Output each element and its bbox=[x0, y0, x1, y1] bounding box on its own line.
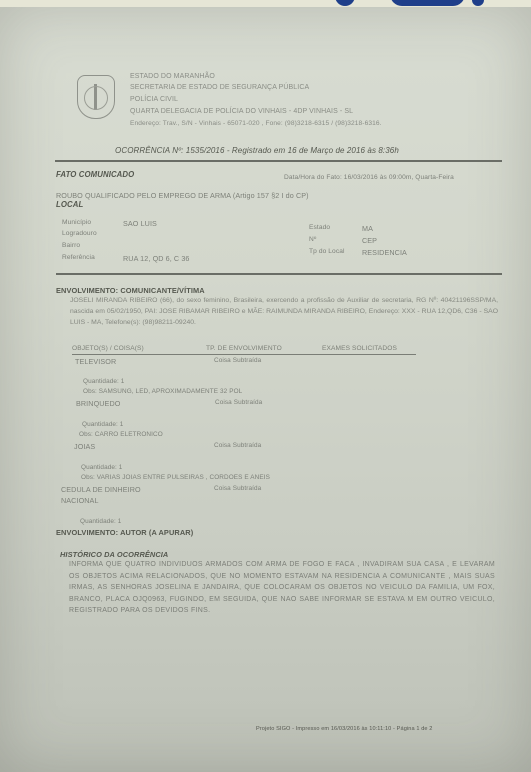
object-type: Coisa Subtraída bbox=[215, 399, 262, 406]
background-fabric-pattern bbox=[390, 0, 465, 6]
local-value-municipio: SAO LUIS bbox=[123, 219, 157, 228]
historico-heading: HISTÓRICO DA OCORRÊNCIA bbox=[60, 550, 168, 559]
local-label-logradouro: Logradouro bbox=[62, 230, 97, 237]
header-state: ESTADO DO MARANHÃO bbox=[130, 73, 215, 80]
local-label-municipio: Município bbox=[62, 219, 91, 226]
local-label-bairro: Bairro bbox=[62, 242, 80, 249]
object-obs: Obs: CARRO ELETRONICO bbox=[79, 431, 163, 438]
object-obs: Obs: SAMSUNG, LED, APROXIMADAMENTE 32 PO… bbox=[83, 388, 242, 395]
object-quantity: Quantidade: 1 bbox=[82, 421, 123, 428]
object-obs: Obs: VARIAS JOIAS ENTRE PULSEIRAS , CORD… bbox=[81, 474, 270, 481]
local-value-cep: CEP bbox=[362, 236, 377, 245]
header-police: POLÍCIA CIVIL bbox=[130, 96, 178, 103]
local-heading: LOCAL bbox=[56, 200, 83, 209]
object-name: BRINQUEDO bbox=[76, 399, 120, 408]
local-label-referencia: Referência bbox=[62, 254, 95, 261]
police-badge-icon bbox=[77, 75, 115, 119]
object-name: JOIAS bbox=[74, 442, 95, 451]
col-header-exames: EXAMES SOLICITADOS bbox=[322, 345, 397, 352]
historico-text: INFORMA QUE QUATRO INDIVIDUOS ARMADOS CO… bbox=[69, 559, 495, 617]
object-type: Coisa Subtraída bbox=[214, 485, 261, 492]
page-footer: Projeto SIGO - Impresso em 16/03/2016 às… bbox=[256, 726, 432, 732]
occurrence-title: OCORRÊNCIA Nº: 1535/2016 - Registrado em… bbox=[115, 146, 399, 155]
object-quantity: Quantidade: 1 bbox=[83, 378, 124, 385]
divider bbox=[55, 160, 502, 162]
header-delegacy: QUARTA DELEGACIA DE POLÍCIA DO VINHAIS -… bbox=[130, 108, 353, 115]
object-quantity: Quantidade: 1 bbox=[81, 464, 122, 471]
object-name: CEDULA DE DINHEIRO bbox=[61, 485, 141, 494]
object-name: TELEVISOR bbox=[75, 357, 116, 366]
local-label-estado: Estado bbox=[309, 224, 330, 231]
local-label-numero: Nº bbox=[309, 236, 316, 243]
col-header-tipo: TP. DE ENVOLVIMENTO bbox=[206, 345, 282, 352]
table-header-underline bbox=[72, 354, 416, 355]
local-value-referencia: RUA 12, QD 6, C 36 bbox=[123, 254, 190, 263]
local-value-tipo: RESIDENCIA bbox=[362, 248, 407, 257]
object-type: Coisa Subtraída bbox=[214, 442, 261, 449]
local-label-tipo: Tp do Local bbox=[309, 248, 345, 255]
local-value-estado: MA bbox=[362, 224, 373, 233]
comunicante-details: JOSELI MIRANDA RIBEIRO (66), do sexo fem… bbox=[70, 295, 498, 328]
header-secretariat: SECRETARIA DE ESTADO DE SEGURANÇA PÚBLIC… bbox=[130, 84, 309, 91]
col-header-objetos: OBJETO(S) / COISA(S) bbox=[72, 345, 144, 352]
envolvimento-autor-heading: ENVOLVIMENTO: AUTOR (A APURAR) bbox=[56, 528, 193, 537]
fato-description: ROUBO QUALIFICADO PELO EMPREGO DE ARMA (… bbox=[56, 191, 309, 200]
header-address: Endereço: Trav., S/N - Vinhais - 65071-0… bbox=[130, 120, 382, 127]
fato-datetime: Data/Hora do Fato: 16/03/2016 às 09:00m,… bbox=[284, 174, 454, 181]
object-name-cont: NACIONAL bbox=[61, 496, 99, 505]
object-quantity: Quantidade: 1 bbox=[80, 518, 121, 525]
envolvimento-comunicante-heading: ENVOLVIMENTO: COMUNICANTE/VÍTIMA bbox=[56, 286, 205, 295]
fato-heading: FATO COMUNICADO bbox=[56, 170, 134, 179]
object-type: Coisa Subtraída bbox=[214, 357, 261, 364]
divider bbox=[56, 273, 502, 275]
